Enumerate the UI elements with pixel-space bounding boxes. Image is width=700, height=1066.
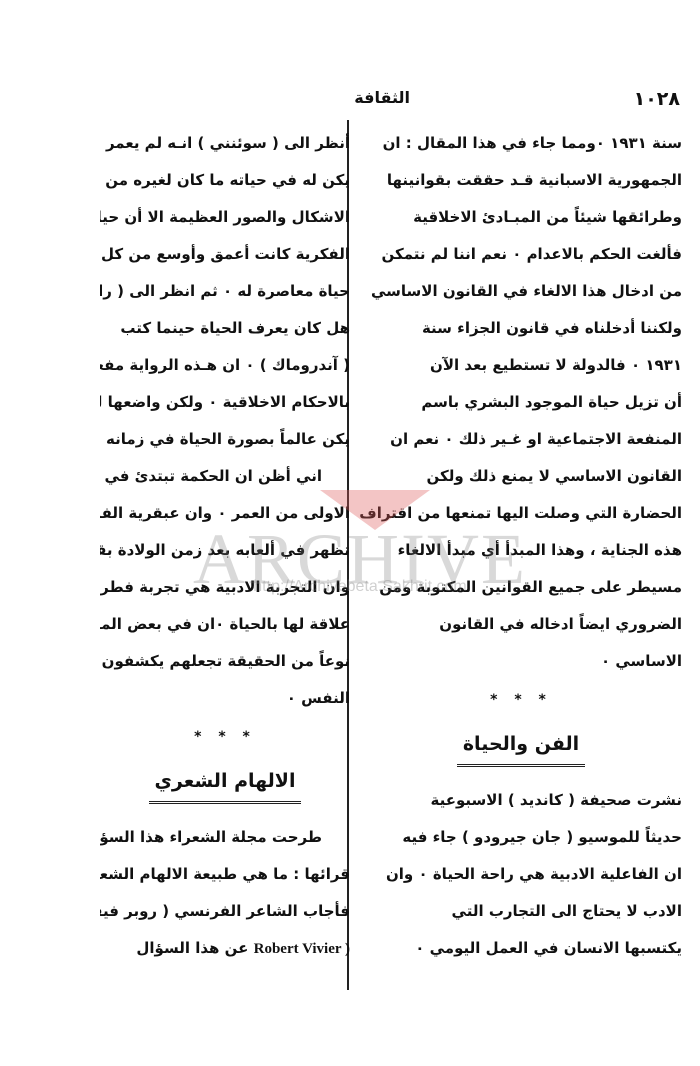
text-line: حديثاً للموسيو ( جان جيرودو ) جاء فيه — [360, 819, 682, 856]
journal-title: الثقافة — [354, 88, 410, 107]
left-column: أنظر الى ( سوئنني ) انـه لم يعمر ولم يكن… — [100, 125, 350, 967]
text-line: أن تزيل حياة الموجود البشري باسم — [360, 384, 682, 421]
text-line: يكتسبها الانسان في العمل اليومي ٠ — [360, 930, 682, 967]
latin-name: Robert Vivier ) — [254, 941, 350, 957]
section-separator: * * * — [360, 680, 682, 720]
text-line: حياة معاصرة له ٠ ثم انظر الى ( راسين ) — [100, 273, 350, 310]
page-header: ١٠٢٨ الثقافة — [90, 88, 680, 118]
text-line: الحضارة التي وصلت اليها تمنعها من اقتراف — [360, 495, 682, 532]
text-line: أنظر الى ( سوئنني ) انـه لم يعمر ولم — [100, 125, 350, 162]
section-heading-poetic-inspiration: الالهام الشعري — [100, 757, 350, 819]
right-column: سنة ١٩٣١ ٠ومما جاء في هذا المقال : ان ال… — [360, 125, 682, 967]
text-line: طرحت مجلة الشعراء هذا السؤال على — [100, 819, 350, 856]
text-line: ١٩٣١ ٠ فالدولة لا تستطيع بعد الآن — [360, 347, 682, 384]
text-line: الاساسي ٠ — [360, 643, 682, 680]
section-title: الفن والحياة — [457, 724, 585, 767]
text-fragment: عن هذا السؤال — [136, 939, 248, 957]
section-heading-art-and-life: الفن والحياة — [360, 720, 682, 782]
text-line: المنفعة الاجتماعية او غـير ذلك ٠ نعم ان — [360, 421, 682, 458]
text-line: الاولى من العمر ٠ وان عبقرية الفنـان — [100, 495, 350, 532]
text-line: وان التجربة الادبية هي تجربة فطرية لا — [100, 569, 350, 606]
text-line: ( آندروماك ) ٠ ان هـذه الرواية مفعمة — [100, 347, 350, 384]
text-line: الفكرية كانت أعمق وأوسع من كل — [100, 236, 350, 273]
text-line: فأجاب الشاعر الفرنسي ( روبر فيفيه — [100, 893, 350, 930]
text-line: هذه الجناية ، وهذا المبدأ أي مبدأ الالغا… — [360, 532, 682, 569]
text-line: نشرت صحيفة ( كانديد ) الاسبوعية — [360, 782, 682, 819]
text-line: قرائها : ما هي طبيعة الالهام الشعري ؟ — [100, 856, 350, 893]
text-line: فألغت الحكم بالاعدام ٠ نعم اننا لم نتمكن — [360, 236, 682, 273]
text-line: هل كان يعرف الحياة حينما كتب — [100, 310, 350, 347]
text-line-mixed: Robert Vivier ) عن هذا السؤال — [100, 930, 350, 967]
text-line: علاقة لها بالحياة ٠ان في بعض الموجودات — [100, 606, 350, 643]
text-line: نوعاً من الحقيقة تجعلهم يكشفون حركات — [100, 643, 350, 680]
text-line: القانون الاساسي لا يمنع ذلك ولكن — [360, 458, 682, 495]
text-line: النفس ٠ — [100, 680, 350, 717]
text-line: الجمهورية الاسبانية قـد حققت بقوانينها — [360, 162, 682, 199]
text-line: اني أظن ان الحكمة تبتدئ في السنة — [100, 458, 350, 495]
section-separator: * * * — [100, 717, 350, 757]
text-line: بالاحكام الاخلاقية ٠ ولكن واضعها لم — [100, 384, 350, 421]
text-line: من ادخال هذا الالغاء في القانون الاساسي — [360, 273, 682, 310]
text-line: الضروري ايضاً ادخاله في القانون — [360, 606, 682, 643]
text-line: ان الفاعلية الادبية هي راحة الحياة ٠ وان — [360, 856, 682, 893]
page-number: ١٠٢٨ — [634, 88, 680, 110]
text-line: وطرائقها شيئاً من المبـادئ الاخلاقية — [360, 199, 682, 236]
text-line: تظهر في ألعابه بعد زمن الولادة بقليل ، — [100, 532, 350, 569]
text-line: سنة ١٩٣١ ٠ومما جاء في هذا المقال : ان — [360, 125, 682, 162]
text-line: مسيطر على جميع القوانين المكتوبة ومن — [360, 569, 682, 606]
text-line: يكن له في حياته ما كان لغيره من — [100, 162, 350, 199]
text-line: الاشكال والصور العظيمة الا أن حياته — [100, 199, 350, 236]
text-line: الادب لا يحتاج الى التجارب التي — [360, 893, 682, 930]
section-title: الالهام الشعري — [149, 761, 302, 804]
text-line: يكن عالماً بصورة الحياة في زمانه ٠ — [100, 421, 350, 458]
text-line: ولكننا أدخلناه في قانون الجزاء سنة — [360, 310, 682, 347]
